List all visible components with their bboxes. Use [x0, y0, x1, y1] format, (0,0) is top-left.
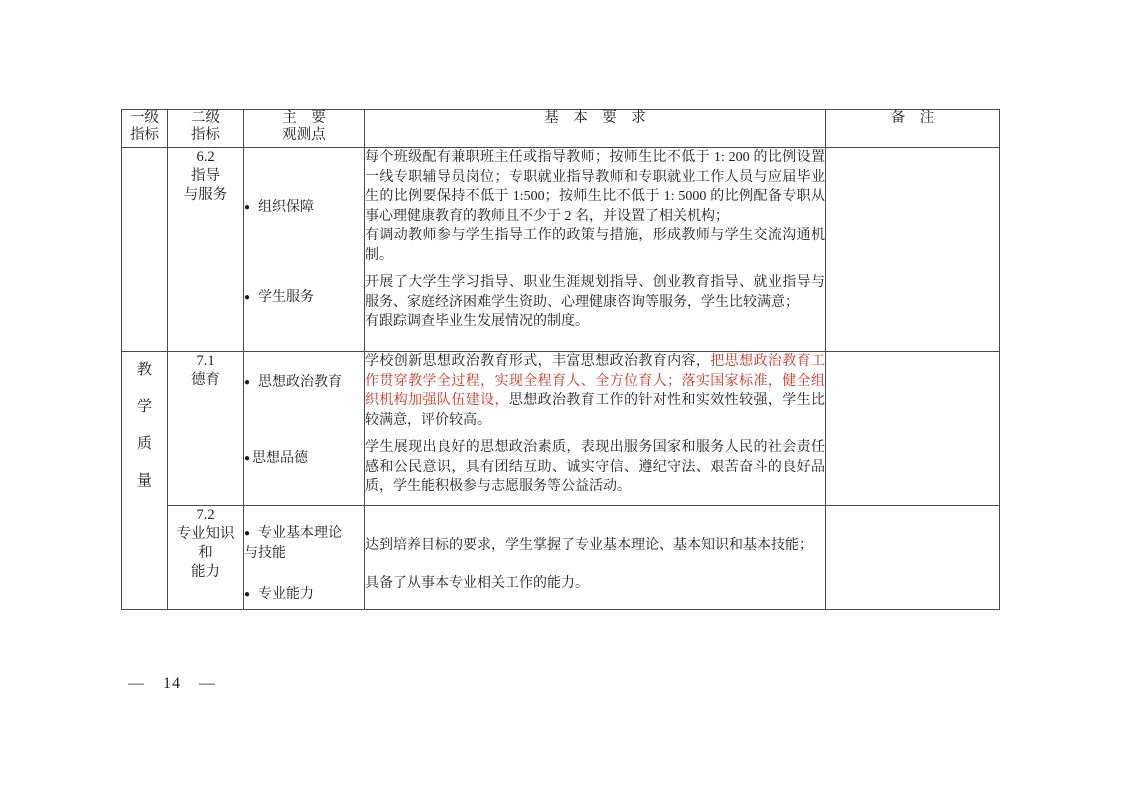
- observation-label: 专业基本理论 与技能: [244, 526, 342, 561]
- cell-level1-empty: [122, 148, 168, 352]
- page-number: — 14 —: [128, 675, 216, 693]
- requirement-paragraph: 达到培养目标的要求，学生掌握了专业基本理论、基本知识和基本技能；: [365, 536, 825, 556]
- evaluation-table: 一级 指标 二级 指标 主 要 观测点 基 本 要 求 备 注 6.2 指导 与…: [121, 109, 1000, 610]
- observation-label: 专业能力: [258, 587, 314, 602]
- cell-level1-teaching-quality: 教 学 质 量: [122, 352, 168, 610]
- observation-item: ●专业基本理论 与技能: [244, 524, 364, 563]
- table-header-row: 一级 指标 二级 指标 主 要 观测点 基 本 要 求 备 注: [122, 110, 1000, 148]
- requirement-paragraph: 学生展现出良好的思想政治素质，表现出服务国家和服务人民的社会责任感和公民意识，具…: [365, 438, 825, 497]
- requirement-paragraph: 具备了从事本专业相关工作的能力。: [365, 574, 825, 594]
- observation-item: ●组织保障: [244, 198, 364, 218]
- cell-observation-6-2: ●组织保障 ●学生服务: [244, 148, 365, 352]
- observation-label: 思想政治教育: [258, 375, 342, 390]
- cell-remarks-7-2: [826, 506, 1000, 610]
- cell-requirements-7-1: 学校创新思想政治教育形式，丰富思想政治教育内容，把思想政治教育工作贯穿教学全过程…: [365, 352, 826, 506]
- cell-remarks-6-2: [826, 148, 1000, 352]
- observation-item: ●思想政治教育: [244, 373, 364, 393]
- observation-item: ●专业能力: [244, 585, 364, 605]
- observation-item: ●思想品德: [244, 449, 364, 469]
- header-level1-indicator: 一级 指标: [122, 110, 168, 148]
- bullet-icon: ●: [244, 585, 250, 604]
- observation-label: 组织保障: [258, 200, 314, 215]
- cell-requirements-6-2: 每个班级配有兼职班主任或指导教师；按师生比不低于 1: 200 的比例设置一线专…: [365, 148, 826, 352]
- table-row-7-1: 教 学 质 量 7.1 德育 ●思想政治教育 ●思想品德 学校创新思想政治教育形…: [122, 352, 1000, 506]
- cell-observation-7-2: ●专业基本理论 与技能 ●专业能力: [244, 506, 365, 610]
- bullet-icon: ●: [244, 524, 250, 543]
- cell-observation-7-1: ●思想政治教育 ●思想品德: [244, 352, 365, 506]
- cell-remarks-7-1: [826, 352, 1000, 506]
- bullet-icon: ●: [244, 288, 250, 307]
- observation-label: 思想品德: [252, 451, 308, 466]
- cell-level2-6-2: 6.2 指导 与服务: [168, 148, 244, 352]
- table-row-7-2: 7.2 专业知识 和 能力 ●专业基本理论 与技能 ●专业能力 达到培养目标的要…: [122, 506, 1000, 610]
- requirement-paragraph: 学校创新思想政治教育形式，丰富思想政治教育内容，把思想政治教育工作贯穿教学全过程…: [365, 352, 825, 430]
- cell-level2-7-1: 7.1 德育: [168, 352, 244, 506]
- header-remarks: 备 注: [826, 110, 1000, 148]
- header-level2-indicator: 二级 指标: [168, 110, 244, 148]
- requirement-text: 学校创新思想政治教育形式，丰富思想政治教育内容，: [365, 354, 710, 369]
- cell-requirements-7-2: 达到培养目标的要求，学生掌握了专业基本理论、基本知识和基本技能； 具备了从事本专…: [365, 506, 826, 610]
- observation-label: 学生服务: [258, 290, 314, 305]
- bullet-icon: ●: [244, 449, 250, 468]
- requirement-paragraph: 每个班级配有兼职班主任或指导教师；按师生比不低于 1: 200 的比例设置一线专…: [365, 148, 825, 265]
- cell-level2-7-2: 7.2 专业知识 和 能力: [168, 506, 244, 610]
- header-observation-points: 主 要 观测点: [244, 110, 365, 148]
- observation-item: ●学生服务: [244, 288, 364, 308]
- bullet-icon: ●: [244, 198, 250, 217]
- bullet-icon: ●: [244, 373, 250, 392]
- document-page: 一级 指标 二级 指标 主 要 观测点 基 本 要 求 备 注 6.2 指导 与…: [0, 0, 1122, 793]
- table-row-6-2: 6.2 指导 与服务 ●组织保障 ●学生服务 每个班级配有兼职班主任或指导教师；…: [122, 148, 1000, 352]
- requirement-paragraph: 开展了大学生学习指导、职业生涯规划指导、创业教育指导、就业指导与服务、家庭经济困…: [365, 273, 825, 332]
- header-basic-requirements: 基 本 要 求: [365, 110, 826, 148]
